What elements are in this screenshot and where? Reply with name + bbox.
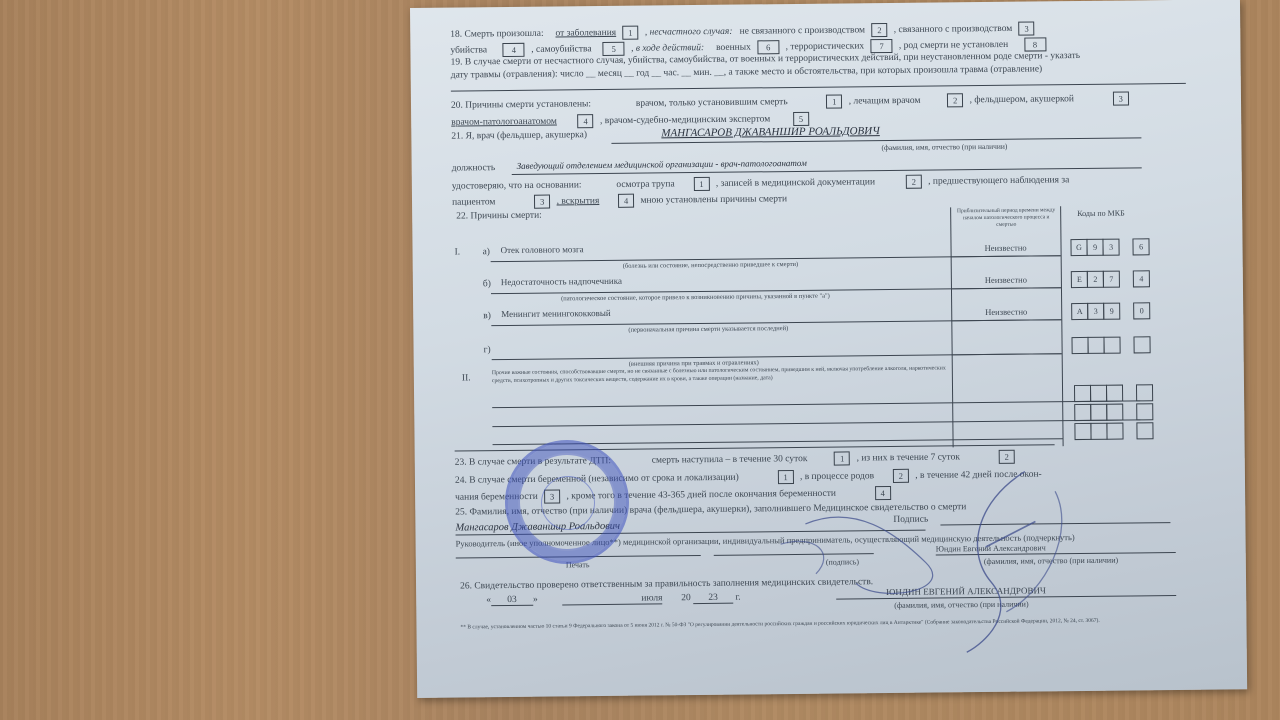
s21-position-label: должность [452, 163, 496, 173]
icd-code-boxes[interactable] [1071, 336, 1149, 354]
icd-char[interactable] [1103, 337, 1120, 354]
s22-col-interval: Приблизительный период времени между нач… [954, 207, 1058, 229]
part2-line-1 [492, 400, 1140, 408]
cause-caption: (патологическое состояние, которое приве… [561, 293, 830, 303]
s18-military: , в ходе действий: [631, 43, 704, 54]
s18-box-2[interactable]: 2 [871, 23, 887, 37]
death-certificate-page: 18. Смерть произошла: от заболевания 1 ,… [410, 0, 1247, 698]
s18-suicide: , самоубийства [531, 44, 591, 55]
icd-subcode[interactable] [1133, 336, 1150, 353]
interval-line [952, 353, 1062, 355]
s22-part2-text: Прочие важные состояния, способствовавши… [492, 364, 947, 385]
s26-day: 03 [491, 595, 533, 606]
icd-subcode[interactable]: 0 [1133, 302, 1150, 319]
divider [451, 83, 1186, 92]
icd-char[interactable]: 2 [1087, 271, 1104, 288]
icd-char[interactable] [1087, 337, 1104, 354]
s20-opt3: , фельдшером, акушеркой [970, 94, 1074, 105]
s20-opt5: , врачом-судебно-медицинским экспертом [600, 114, 770, 126]
stamp-center [541, 476, 595, 530]
interval-line [951, 319, 1061, 321]
s18-box-5[interactable]: 5 [603, 42, 625, 56]
icd-char[interactable]: 7 [1103, 271, 1120, 288]
s26-year-prefix: 20 [681, 593, 691, 603]
cause-text: Отек головного мозга [500, 244, 583, 255]
icd-char[interactable]: 3 [1087, 303, 1104, 320]
s22-part1: I. [455, 247, 461, 257]
s20-box-3[interactable]: 3 [1113, 91, 1129, 105]
part2-code-3[interactable] [1074, 422, 1152, 440]
cause-caption: (первоначальная причина смерти указывает… [628, 325, 788, 334]
cause-interval: Неизвестно [984, 243, 1026, 253]
table-col-divider-2 [1060, 206, 1064, 446]
icd-char[interactable]: 9 [1103, 303, 1120, 320]
icd-char[interactable]: A [1071, 303, 1088, 320]
s18-disease: от заболевания [555, 28, 616, 39]
signature-scribble [775, 461, 1097, 664]
cause-caption: (болезнь или состояние, непосредственно … [623, 261, 799, 270]
s21-box-2[interactable]: 2 [906, 175, 922, 189]
s21-position: Заведующий отделением медицинской органи… [517, 158, 807, 171]
icd-code-boxes[interactable]: A 3 9 0 [1071, 302, 1149, 320]
cause-interval: Неизвестно [985, 275, 1027, 285]
s18-accident: , несчастного случая: [645, 27, 733, 38]
s26-year-suffix: г. [735, 593, 740, 603]
s21-patient: пациентом [452, 197, 495, 207]
s20-opt2: , лечащим врачом [849, 96, 921, 107]
icd-subcode[interactable]: 4 [1133, 270, 1150, 287]
s18-work: , связанного с производством [894, 24, 1013, 35]
s18-box-6[interactable]: 6 [757, 40, 779, 54]
s20-box-5[interactable]: 5 [793, 112, 809, 126]
section-19-line2: дату травмы (отравления): число __ месяц… [451, 64, 1043, 80]
s18-label: 18. Смерть произошла: [450, 29, 543, 40]
s21-box-4[interactable]: 4 [618, 194, 634, 208]
s21-name-caption: (фамилия, имя, отчество (при наличии) [881, 142, 1007, 152]
s18-box-7[interactable]: 7 [870, 39, 892, 53]
s21-box-3[interactable]: 3 [534, 195, 550, 209]
s21-basis2: , записей в медицинской документации [716, 177, 875, 189]
s21-doctor-name: МАНГАСАРОВ ДЖАВАНШИР РОАЛЬДОВИЧ [661, 125, 880, 139]
s21-conclusion: мною установлены причины смерти [640, 194, 787, 206]
s21-basis-line2: пациентом 3 , вскрытия 4 мною установлен… [452, 192, 787, 210]
section-20-line1: 20. Причины смерти установлены: врачом, … [451, 91, 1133, 112]
icd-subcode[interactable]: 6 [1132, 238, 1149, 255]
cause-text: Менингит менингококковый [501, 308, 611, 319]
s22-col-codes: Коды по МКБ [1077, 209, 1125, 218]
s26-year: 23 [693, 593, 733, 604]
s21-box-1[interactable]: 1 [693, 177, 709, 191]
icd-char[interactable]: 9 [1086, 239, 1103, 256]
icd-char[interactable] [1071, 337, 1088, 354]
interval-line [951, 255, 1061, 257]
icd-char[interactable]: 3 [1102, 239, 1119, 256]
interval-line [951, 287, 1061, 289]
s18-unknown: , род смерти не установлен [899, 40, 1008, 51]
s18-nonwork: не связанного с производством [740, 25, 866, 36]
icd-char[interactable]: G [1070, 239, 1087, 256]
s18-war: военных [716, 43, 751, 53]
s21-certify: удостоверяю, что на основании: [452, 180, 582, 191]
s18-box-4[interactable]: 4 [503, 43, 525, 57]
cause-letter: г) [484, 345, 491, 355]
s18-box-8[interactable]: 8 [1024, 37, 1046, 51]
s20-opt1: врачом, только установившим смерть [636, 97, 788, 109]
cause-letter: б) [483, 279, 491, 289]
s20-box-1[interactable]: 1 [826, 94, 842, 108]
part2-code-1[interactable] [1074, 384, 1152, 402]
s26-month: июля [562, 593, 662, 605]
part2-line-2 [492, 419, 1140, 427]
s21-label: 21. Я, врач (фельдшер, акушерка) [451, 130, 587, 141]
part2-code-2[interactable] [1074, 403, 1152, 421]
cause-text: Недостаточность надпочечника [501, 276, 622, 287]
icd-char[interactable]: E [1071, 271, 1088, 288]
cause-interval: Неизвестно [985, 307, 1027, 317]
cause-letter: в) [483, 311, 491, 321]
s22-part2: II. [462, 373, 471, 383]
s20-box-2[interactable]: 2 [947, 93, 963, 107]
s21-basis4: , вскрытия [556, 196, 599, 206]
s21-basis-line: удостоверяю, что на основании: осмотра т… [452, 173, 1070, 193]
s18-murder: убийства [450, 45, 487, 55]
s21-basis1: осмотра трупа [616, 179, 675, 190]
s20-opt4: врачом-патологоанатомом [451, 117, 557, 128]
cause-letter: а) [483, 247, 490, 257]
s20-label: 20. Причины смерти установлены: [451, 99, 591, 110]
s18-box-1[interactable]: 1 [622, 26, 638, 40]
table-col-divider-1 [950, 207, 954, 447]
s21-basis3: , предшествующего наблюдения за [928, 175, 1069, 186]
s18-box-3[interactable]: 3 [1019, 21, 1035, 35]
icd-code-boxes[interactable]: G 9 3 6 [1070, 238, 1148, 256]
icd-code-boxes[interactable]: E 2 7 4 [1071, 270, 1149, 288]
s26-date: «03» июля 20 23 г. [486, 593, 741, 607]
s18-terror: , террористических [786, 41, 865, 52]
official-stamp [505, 440, 629, 564]
s22-label: 22. Причины смерти: [456, 211, 542, 222]
s20-box-4[interactable]: 4 [578, 114, 594, 128]
